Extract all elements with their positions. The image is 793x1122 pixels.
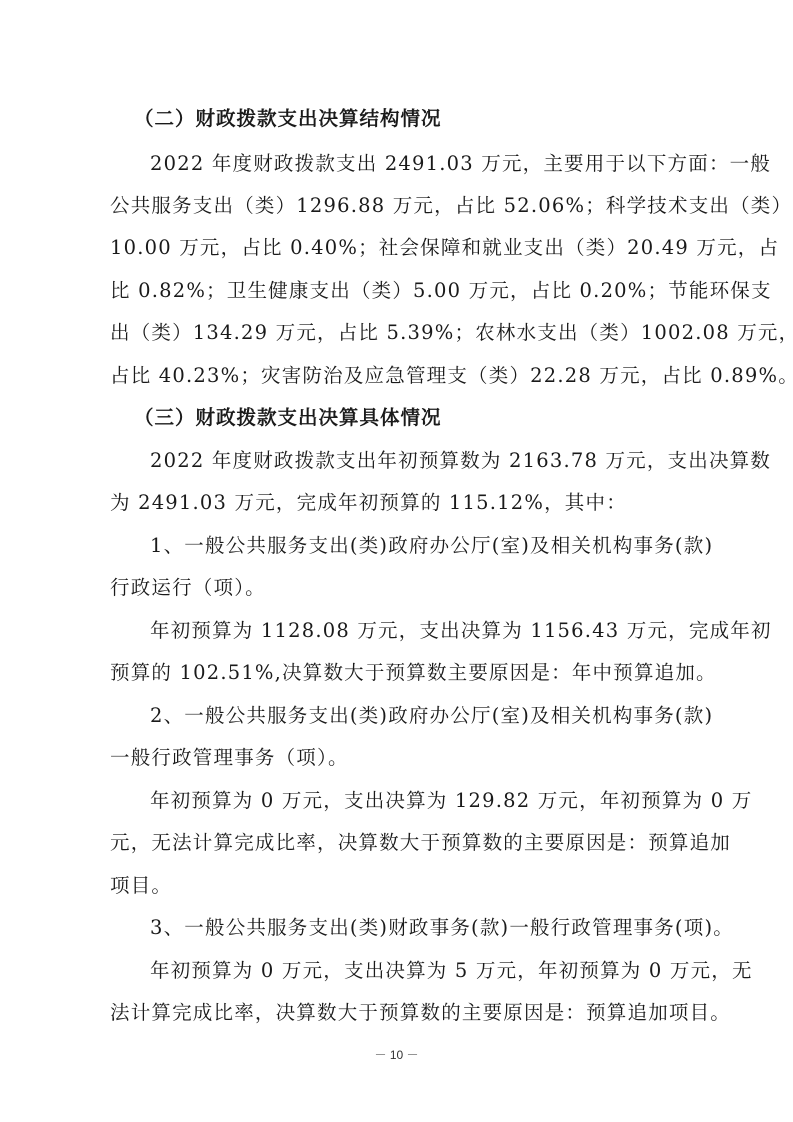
paragraph-line: 占比 40.23%；灾害防治及应急管理支（类）22.28 万元，占比 0.89%…	[110, 364, 793, 388]
item-1-title-cont: 行政运行（项）。	[110, 576, 266, 600]
paragraph-line: 元，无法计算完成比率，决算数大于预算数的主要原因是：预算追加	[110, 831, 731, 855]
item-3-title: 3、一般公共服务支出(类)财政事务(款)一般行政管理事务(项)。	[150, 916, 734, 940]
paragraph-line: 年初预算为 0 万元，支出决算为 5 万元，年初预算为 0 万元，无	[150, 959, 753, 983]
section-heading-details: （三）财政拨款支出决算具体情况	[134, 406, 442, 430]
paragraph-line: 10.00 万元，占比 0.40%；社会保障和就业支出（类）20.49 万元，占	[110, 236, 779, 260]
paragraph-line: 年初预算为 1128.08 万元，支出决算为 1156.43 万元，完成年初	[150, 619, 772, 643]
page-number: － 10 －	[0, 1046, 793, 1063]
paragraph-line: 出（类）134.29 万元，占比 5.39%；农林水支出（类）1002.08 万…	[110, 321, 793, 345]
paragraph-line: 2022 年度财政拨款支出年初预算数为 2163.78 万元，支出决算数	[150, 449, 771, 473]
item-1-title: 1、一般公共服务支出(类)政府办公厅(室)及相关机构事务(款)	[150, 534, 713, 558]
paragraph-line: 为 2491.03 万元，完成年初预算的 115.12%，其中：	[110, 491, 627, 515]
item-2-title: 2、一般公共服务支出(类)政府办公厅(室)及相关机构事务(款)	[150, 704, 713, 728]
paragraph-line: 法计算完成比率，决算数大于预算数的主要原因是：预算追加项目。	[110, 1001, 731, 1025]
paragraph-line: 预算的 102.51%,决算数大于预算数主要原因是：年中预算追加。	[110, 661, 717, 685]
paragraph-line: 项目。	[110, 874, 172, 898]
paragraph-line: 比 0.82%；卫生健康支出（类）5.00 万元，占比 0.20%；节能环保支	[110, 279, 772, 303]
paragraph-line: 公共服务支出（类）1296.88 万元，占比 52.06%；科学技术支出（类）	[110, 194, 792, 218]
section-heading-structure: （二）财政拨款支出决算结构情况	[134, 107, 442, 131]
paragraph-line: 2022 年度财政拨款支出 2491.03 万元，主要用于以下方面：一般	[150, 152, 771, 176]
paragraph-line: 年初预算为 0 万元，支出决算为 129.82 万元，年初预算为 0 万	[150, 789, 752, 813]
item-2-title-cont: 一般行政管理事务（项）。	[110, 746, 349, 770]
